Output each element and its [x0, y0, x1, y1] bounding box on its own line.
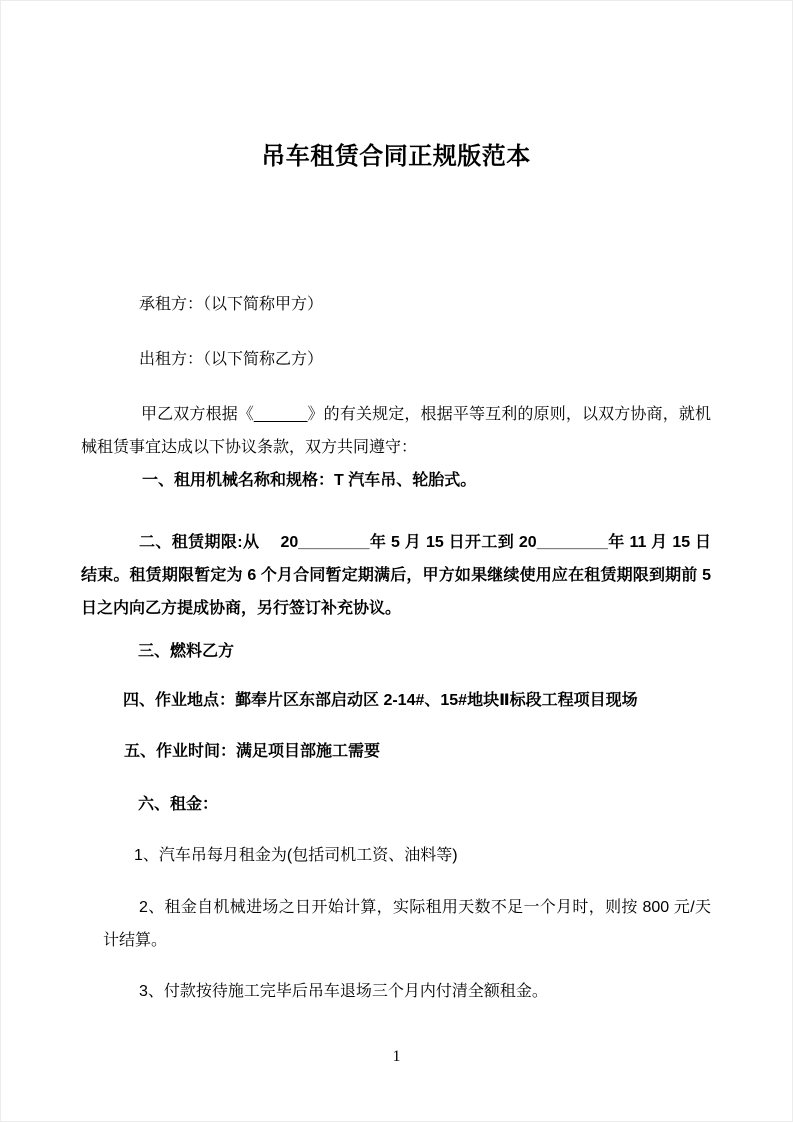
clause-6-rent: 六、租金：	[81, 788, 711, 821]
party-a-line: 承租方：（以下简称甲方）	[81, 288, 711, 321]
clause-2-lease-term: 二、租赁期限:从 20________年 5 月 15 日开工到 20_____…	[81, 526, 711, 625]
document-title: 吊车租赁合同正规版范本	[81, 139, 711, 175]
clause-5-work-time: 五、作业时间：满足项目部施工需要	[81, 735, 711, 768]
party-b-line: 出租方：（以下简称乙方）	[81, 343, 711, 376]
page-number: 1	[1, 1045, 792, 1069]
preamble-paragraph: 甲乙双方根据《______》的有关规定，根据平等互利的原则，以双方协商，就机械租…	[81, 398, 711, 464]
rent-item-3-payment: 3、付款按待施工完毕后吊车退场三个月内付清全额租金。	[81, 975, 711, 1008]
rent-item-2-daily-rate: 2、租金自机械进场之日开始计算，实际租用天数不足一个月时，则按 800 元/天计…	[81, 891, 711, 957]
rent-item-1-monthly-rent: 1、汽车吊每月租金为(包括司机工资、油料等)	[81, 839, 711, 872]
clause-3-fuel: 三、燃料乙方	[81, 635, 711, 668]
clause-1-machine-name: 一、租用机械名称和规格：T 汽车吊、轮胎式。	[81, 464, 711, 497]
contract-document-page: 吊车租赁合同正规版范本 承租方：（以下简称甲方） 出租方：（以下简称乙方） 甲乙…	[0, 0, 793, 1122]
clause-4-work-site: 四、作业地点：鄞奉片区东部启动区 2-14#、15#地块Ⅱ标段工程项目现场	[81, 684, 711, 717]
document-content: 吊车租赁合同正规版范本 承租方：（以下简称甲方） 出租方：（以下简称乙方） 甲乙…	[81, 1, 711, 1008]
